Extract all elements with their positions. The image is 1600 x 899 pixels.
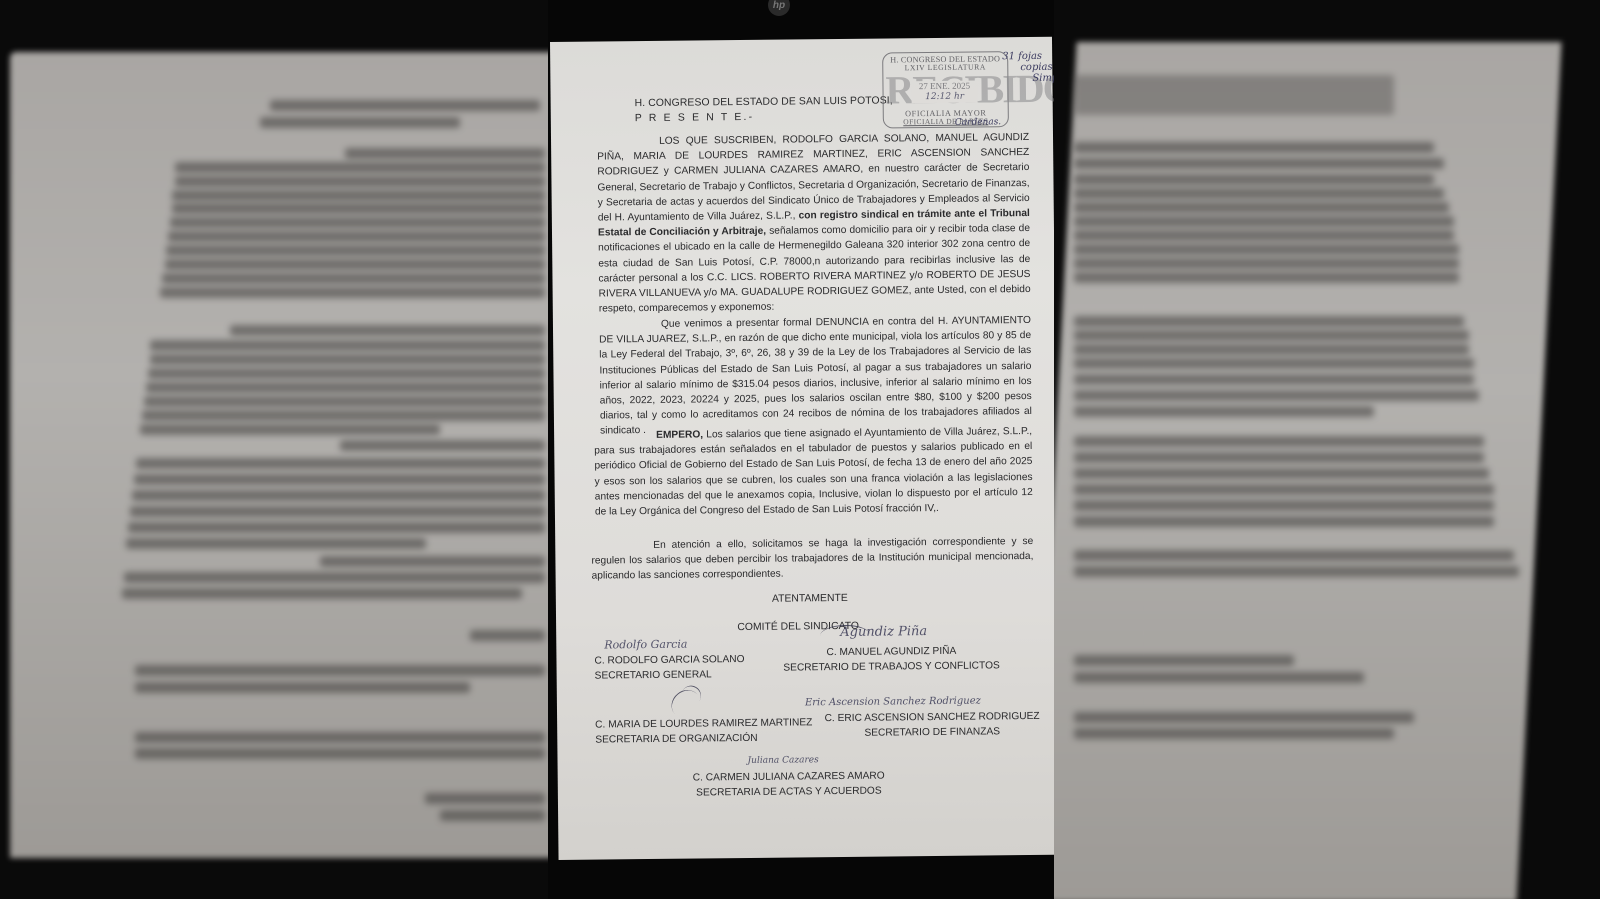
blurred-text	[160, 287, 545, 298]
stamp-time: 12:12 hr	[912, 92, 978, 104]
blurred-text	[146, 382, 545, 393]
document-page: H. CONGRESO DEL ESTADO DE SAN LUIS POTOS…	[550, 37, 1054, 860]
blurred-text	[175, 176, 545, 187]
blurred-text	[134, 474, 545, 485]
denuncia-text: Que venimos a presentar formal DENUNCIA …	[599, 315, 1032, 437]
paragraph-intro: LOS QUE SUSCRIBEN, RODOLFO GARCIA SOLANO…	[597, 130, 1031, 317]
blurred-text	[168, 231, 545, 242]
blurred-text	[1074, 452, 1484, 463]
blurred-text	[1074, 258, 1459, 269]
blurred-text	[1074, 406, 1374, 417]
blurred-text	[1074, 728, 1394, 739]
handwritten-number: 31	[1002, 51, 1015, 62]
blurred-text	[1074, 272, 1459, 283]
blurred-text	[1074, 550, 1514, 561]
blurred-text	[135, 682, 470, 693]
signature-eric: Eric Ascension Sanchez Rodriguez	[805, 694, 981, 711]
handwritten-text: Simples	[1032, 73, 1054, 84]
blurred-text	[135, 665, 545, 676]
blurred-text	[1074, 244, 1459, 255]
signatory-name: C. ERIC ASCENSION SANCHEZ RODRIGUEZ	[817, 709, 1047, 726]
blurred-background-right	[1054, 0, 1600, 899]
blurred-text	[1074, 230, 1454, 241]
blurred-text	[1074, 158, 1444, 169]
blurred-text	[132, 490, 545, 501]
handwritten-text: fojas	[1018, 51, 1042, 62]
document-photo: hp H. CONGRESO DEL ESTADO DE SAN LUIS PO…	[548, 0, 1054, 899]
blurred-text	[142, 410, 545, 421]
blurred-text	[1074, 174, 1434, 185]
blurred-text	[260, 117, 460, 128]
blurred-text	[150, 354, 545, 365]
presente: P R E S E N T E.-	[635, 109, 893, 127]
stamp-date-box: 27 ENE. 2025 12:12 hr	[911, 81, 977, 104]
blurred-text	[1074, 566, 1519, 577]
blurred-text	[148, 368, 545, 379]
blurred-text	[440, 810, 545, 821]
blurred-text	[140, 424, 440, 435]
handwritten-count: 31 fojas copias Simples	[1002, 51, 1054, 85]
committee-title: COMITÉ DEL SINDICATO	[578, 617, 1018, 637]
signatory-title: SECRETARIO DE TRABAJOS Y CONFLICTOS	[780, 658, 1002, 675]
blurred-text	[136, 458, 545, 469]
blurred-stamp	[1074, 75, 1394, 115]
blurred-text	[470, 630, 545, 641]
blurred-text	[320, 556, 545, 567]
blurred-text	[1074, 516, 1494, 527]
signatory-eric: C. ERIC ASCENSION SANCHEZ RODRIGUEZ SECR…	[817, 709, 1047, 741]
signatory-carmen: C. CARMEN JULIANA CAZARES AMARO SECRETAR…	[684, 768, 894, 800]
signatory-title: SECRETARIA DE ACTAS Y ACUERDOS	[684, 783, 894, 800]
signature-carmen: Juliana Cazares	[747, 753, 818, 769]
paragraph-request: En atención a ello, solicitamos se haga …	[591, 534, 1033, 584]
blurred-text	[230, 325, 545, 336]
blurred-text	[1074, 358, 1474, 369]
signatory-manuel: C. MANUEL AGUNDIZ PIÑA SECRETARIO DE TRA…	[780, 643, 1002, 675]
blurred-text	[345, 148, 545, 159]
blurred-text	[1074, 216, 1454, 227]
blurred-text	[165, 259, 545, 270]
stamp-date: 27 ENE. 2025	[911, 81, 977, 93]
blurred-text	[130, 506, 545, 517]
blurred-text	[166, 245, 545, 256]
handwritten-text: copias	[1020, 62, 1052, 73]
addressee: H. CONGRESO DEL ESTADO DE SAN LUIS POTOS…	[635, 93, 893, 111]
blurred-text	[128, 522, 545, 533]
blurred-text	[1074, 672, 1364, 683]
empero-bold: EMPERO,	[656, 429, 703, 440]
paragraph-denuncia: Que venimos a presentar formal DENUNCIA …	[599, 313, 1032, 439]
handwritten-signature-note: Cardenas.	[955, 117, 1001, 128]
hp-logo-icon: hp	[768, 0, 790, 16]
blurred-text	[1074, 142, 1434, 153]
blurred-text	[1074, 390, 1479, 401]
signature-scribble	[820, 625, 870, 647]
signatory-title: SECRETARIA DE ORGANIZACIÓN	[595, 730, 812, 747]
signatory-rodolfo: C. RODOLFO GARCIA SOLANO SECRETARIO GENE…	[594, 652, 744, 684]
addressee-block: H. CONGRESO DEL ESTADO DE SAN LUIS POTOS…	[635, 93, 893, 126]
closing: ATENTAMENTE	[590, 589, 1030, 609]
request-text: En atención a ello, solicitamos se haga …	[591, 536, 1033, 582]
signatory-name: C. RODOLFO GARCIA SOLANO	[594, 652, 744, 669]
blurred-background-left	[0, 0, 548, 899]
blurred-text	[126, 538, 426, 549]
blurred-text	[1074, 330, 1469, 341]
blurred-text	[172, 190, 545, 201]
blurred-text	[1074, 655, 1294, 666]
blurred-text	[144, 396, 545, 407]
blurred-text	[1074, 468, 1489, 479]
signatory-maria: C. MARIA DE LOURDES RAMIREZ MARTINEZ SEC…	[595, 715, 812, 747]
blurred-text	[172, 203, 545, 214]
signature-rodolfo: Rodolfo Garcia	[604, 637, 687, 653]
blurred-text	[1074, 436, 1484, 447]
blurred-text	[1074, 500, 1494, 511]
blurred-text	[425, 793, 545, 804]
blurred-text	[170, 217, 545, 228]
signatory-name: C. MARIA DE LOURDES RAMIREZ MARTINEZ	[595, 715, 812, 732]
blurred-text	[1074, 202, 1449, 213]
blurred-text	[1074, 188, 1444, 199]
blurred-text	[1074, 484, 1494, 495]
blurred-text	[1074, 374, 1474, 385]
blurred-text	[122, 588, 522, 599]
blurred-text	[175, 162, 545, 173]
blurred-text	[124, 572, 545, 583]
blurred-text	[150, 340, 545, 351]
blurred-text	[340, 440, 545, 451]
blurred-text	[162, 273, 545, 284]
blurred-text	[1074, 712, 1414, 723]
blurred-text	[1074, 316, 1464, 327]
signatory-title: SECRETARIO DE FINANZAS	[817, 724, 1047, 741]
paragraph-empero: EMPERO, Los salarios que tiene asignado …	[594, 424, 1033, 520]
blurred-text	[135, 748, 545, 759]
blurred-text	[135, 732, 545, 743]
document-body: H. CONGRESO DEL ESTADO DE SAN LUIS POTOS…	[584, 37, 1024, 42]
blurred-text	[270, 100, 540, 111]
blurred-text	[1074, 344, 1469, 355]
signatory-title: SECRETARIO GENERAL	[595, 667, 745, 684]
